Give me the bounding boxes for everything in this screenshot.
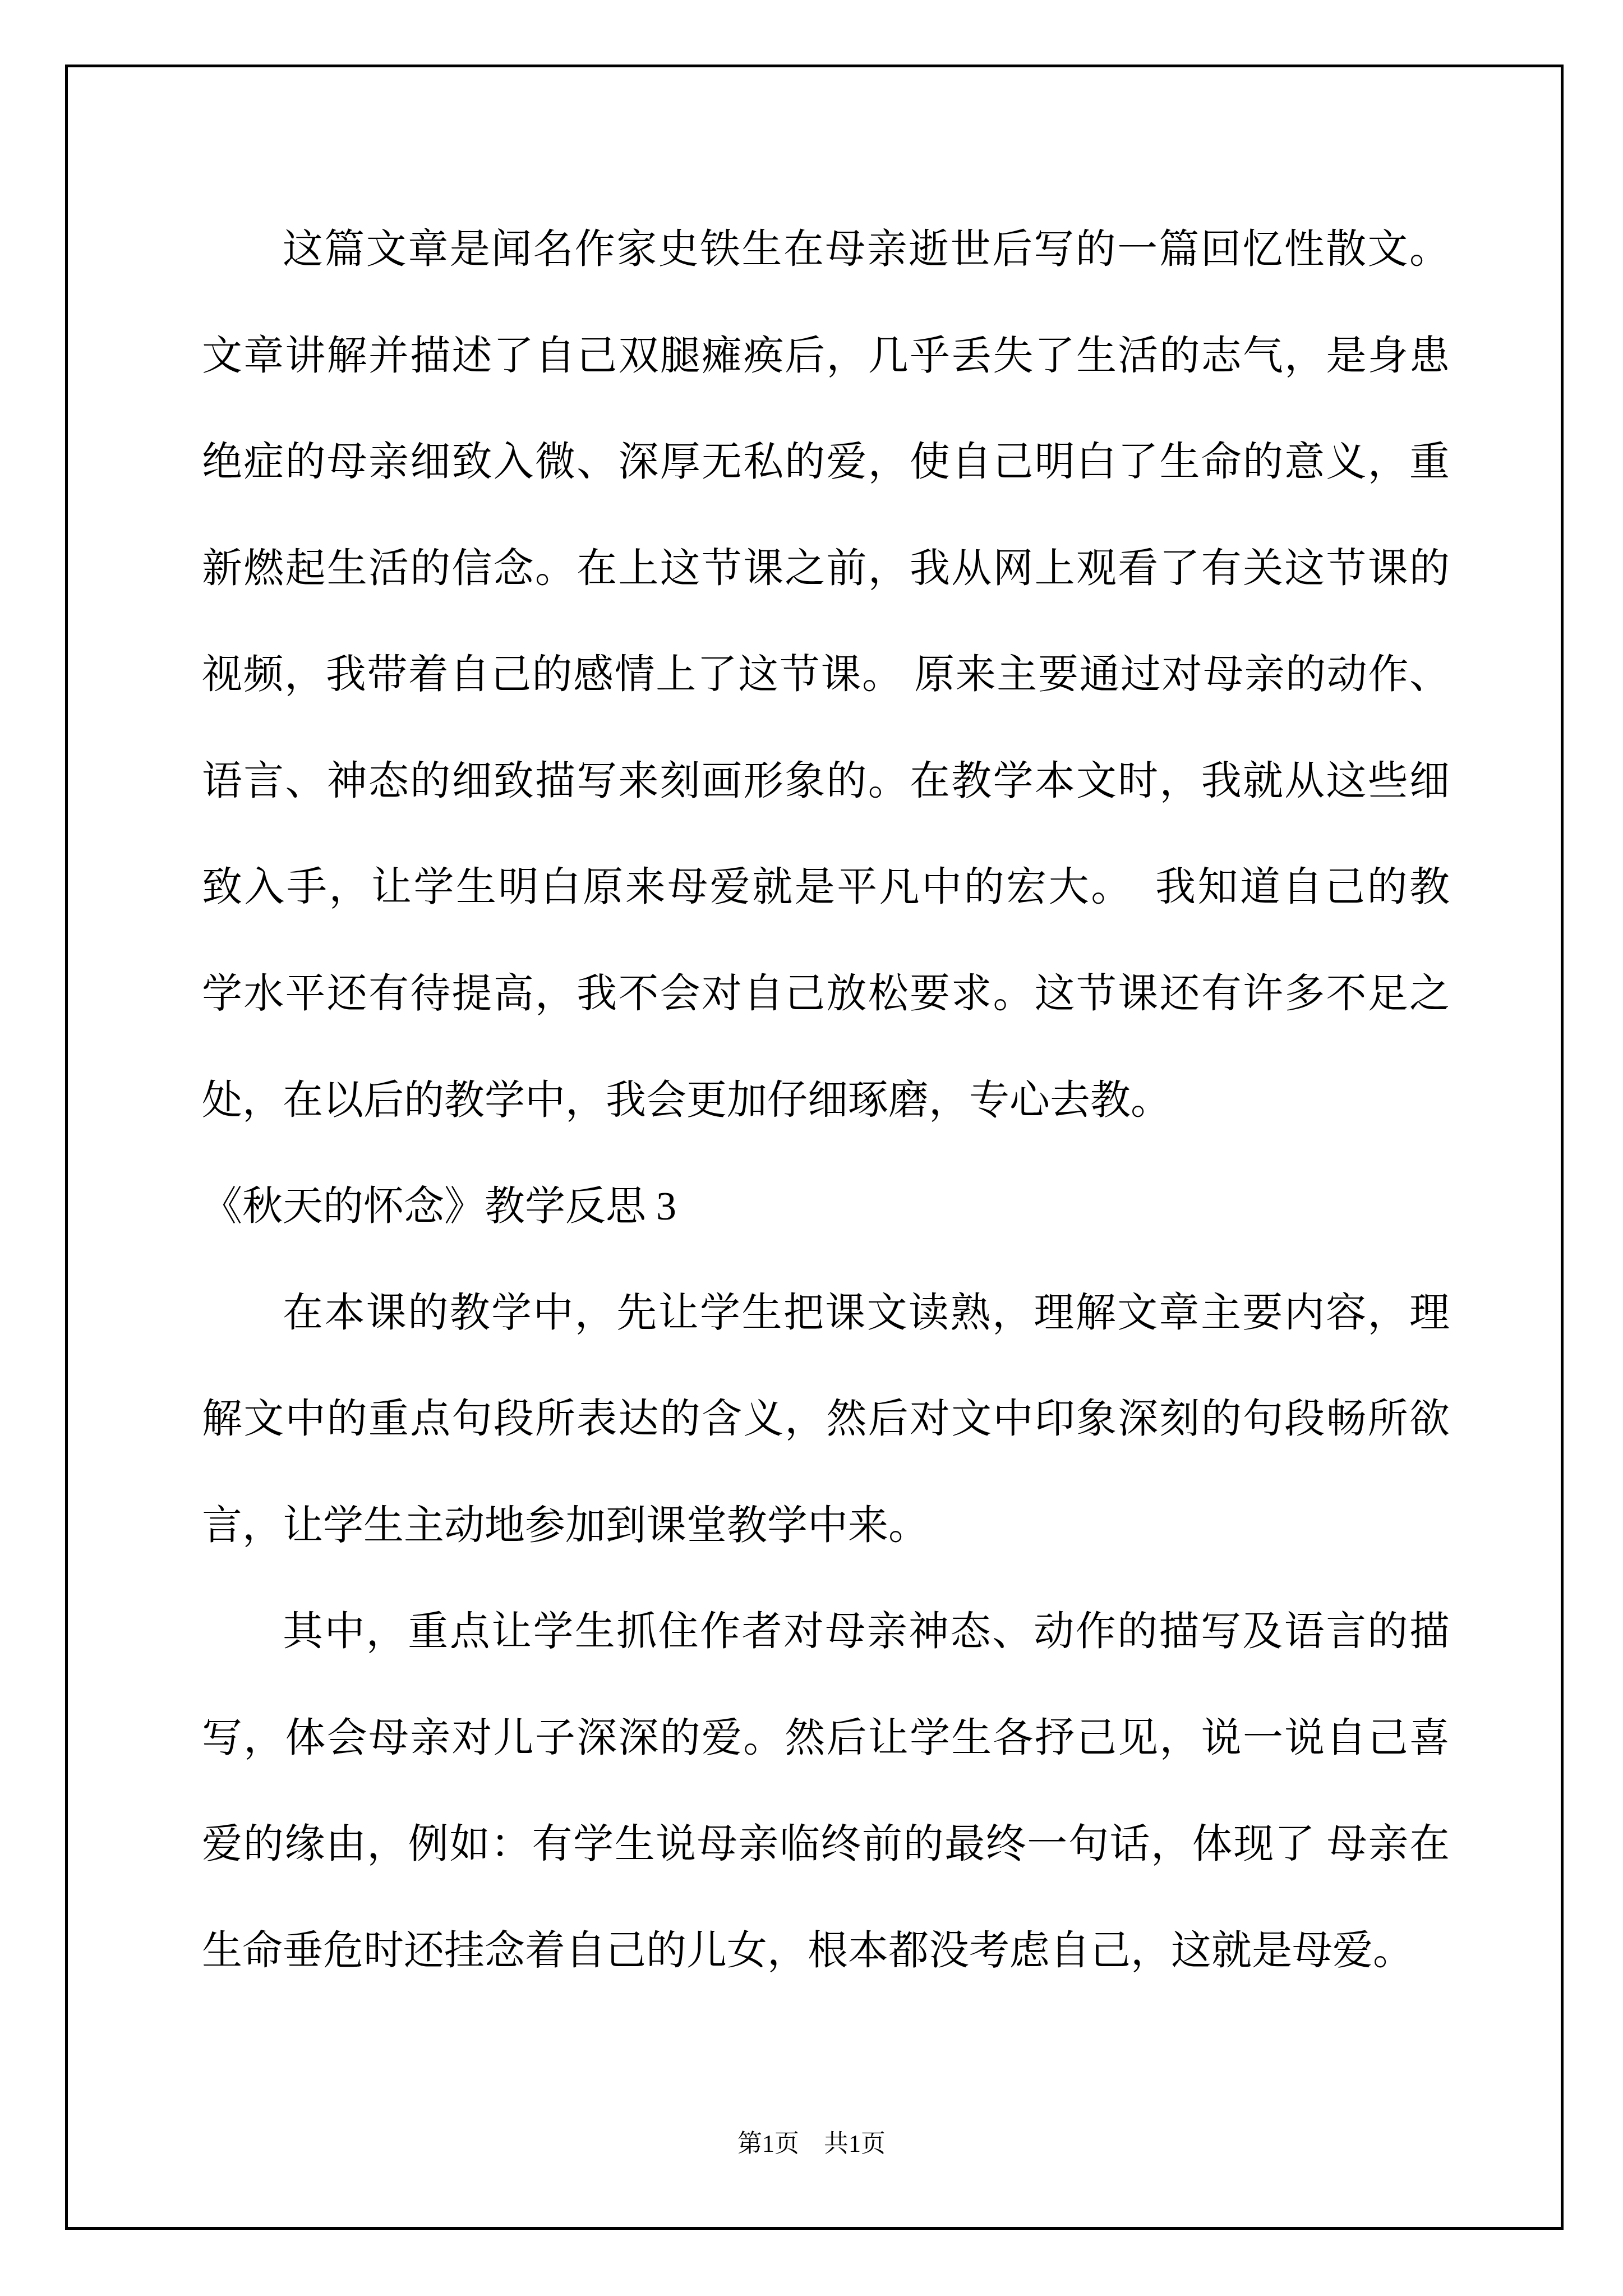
text-line: 学水平还有待提高，我不会对自己放松要求。这节课还有许多不足之 bbox=[202, 941, 1450, 1047]
text-line: 致入手，让学生明白原来母爱就是平凡中的宏大。 我知道自己的教 bbox=[202, 834, 1450, 941]
page-number-label: 第1页 共1页 bbox=[737, 2130, 886, 2157]
text-line: 爱的缘由，例如：有学生说母亲临终前的最终一句话，体现了 母亲在 bbox=[202, 1791, 1450, 1898]
page-footer: 第1页 共1页 bbox=[0, 2127, 1623, 2161]
text-line: 文章讲解并描述了自己双腿瘫痪后，几乎丢失了生活的志气，是身患 bbox=[202, 303, 1450, 409]
section-heading-reflection-3: 《秋天的怀念》教学反思 3 bbox=[202, 1153, 1450, 1260]
text-line: 绝症的母亲细致入微、深厚无私的爱，使自己明白了生命的意义，重 bbox=[202, 409, 1450, 516]
text-line: 其中，重点让学生抓住作者对母亲神态、动作的描写及语言的描 bbox=[202, 1579, 1450, 1685]
text-line: 生命垂危时还挂念着自己的儿女，根本都没考虑自己，这就是母爱。 bbox=[202, 1898, 1450, 2004]
section-heading-line: 《秋天的怀念》教学反思 3 bbox=[202, 1153, 1450, 1260]
paragraph-reflection-3-first: 在本课的教学中，先让学生把课文读熟，理解文章主要内容，理 解文中的重点句段所表达… bbox=[202, 1260, 1450, 1579]
paragraph-reflection-3-second: 其中，重点让学生抓住作者对母亲神态、动作的描写及语言的描 写，体会母亲对儿子深深… bbox=[202, 1579, 1450, 2004]
text-line: 这篇文章是闻名作家史铁生在母亲逝世后写的一篇回忆性散文。 bbox=[202, 196, 1450, 303]
text-line: 言，让学生主动地参加到课堂教学中来。 bbox=[202, 1473, 1450, 1579]
paragraph-reflection-2: 这篇文章是闻名作家史铁生在母亲逝世后写的一篇回忆性散文。 文章讲解并描述了自己双… bbox=[202, 196, 1450, 1153]
text-line: 语言、神态的细致描写来刻画形象的。在教学本文时，我就从这些细 bbox=[202, 728, 1450, 835]
text-line: 写，体会母亲对儿子深深的爱。然后让学生各抒己见，说一说自己喜 bbox=[202, 1685, 1450, 1792]
text-line: 新燃起生活的信念。在上这节课之前，我从网上观看了有关这节课的 bbox=[202, 516, 1450, 622]
text-line: 解文中的重点句段所表达的含义，然后对文中印象深刻的句段畅所欲 bbox=[202, 1366, 1450, 1473]
text-line: 处，在以后的教学中，我会更加仔细琢磨，专心去教。 bbox=[202, 1047, 1450, 1154]
document-page: 这篇文章是闻名作家史铁生在母亲逝世后写的一篇回忆性散文。 文章讲解并描述了自己双… bbox=[0, 0, 1623, 2296]
text-line: 视频，我带着自己的感情上了这节课。 原来主要通过对母亲的动作、 bbox=[202, 622, 1450, 728]
document-body: 这篇文章是闻名作家史铁生在母亲逝世后写的一篇回忆性散文。 文章讲解并描述了自己双… bbox=[202, 196, 1450, 2004]
text-line: 在本课的教学中，先让学生把课文读熟，理解文章主要内容，理 bbox=[202, 1260, 1450, 1366]
